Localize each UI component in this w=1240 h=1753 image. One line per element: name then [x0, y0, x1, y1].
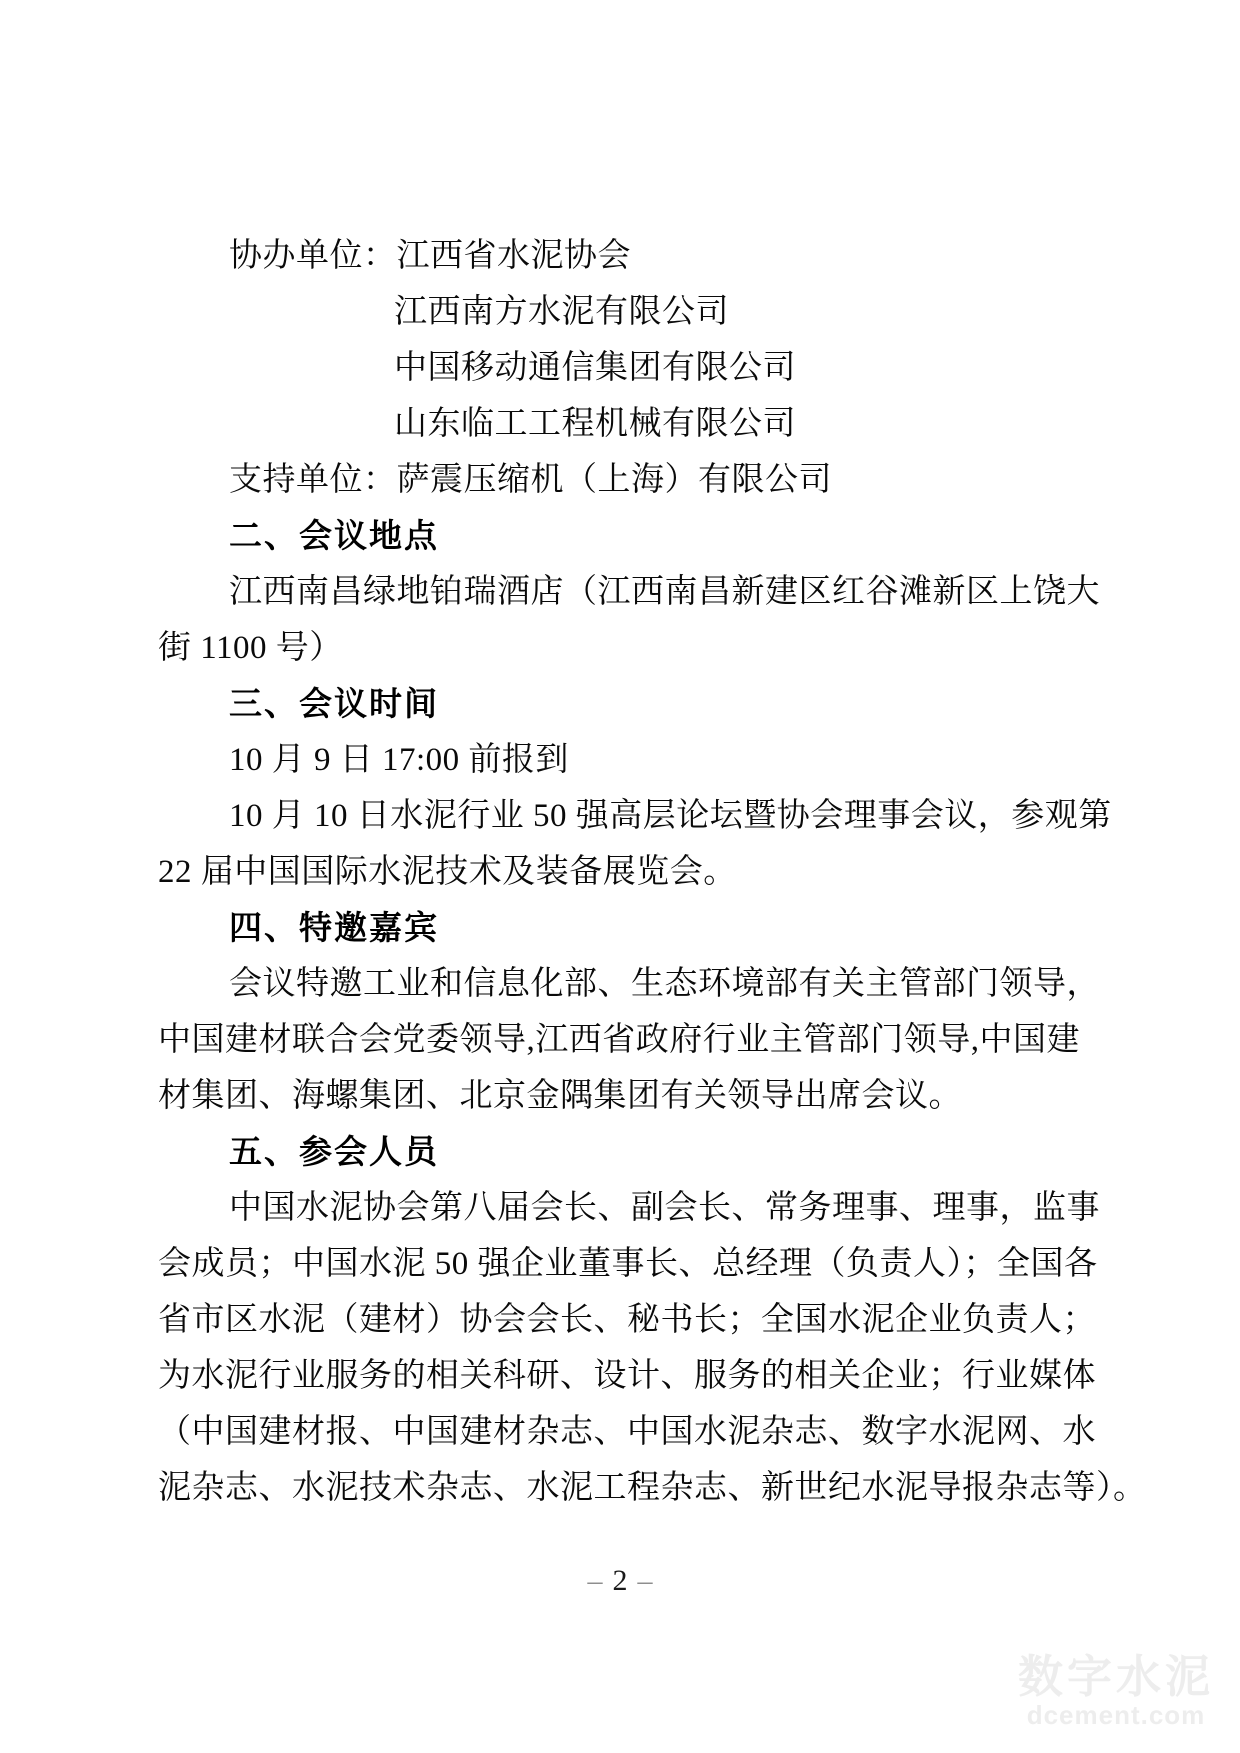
time-line: 10 月 9 日 17:00 前报到	[158, 732, 1090, 788]
guests-line: 材集团、海螺集团、北京金隅集团有关领导出席会议。	[158, 1068, 1090, 1124]
co-organizer-label-line: 协办单位：江西省水泥协会	[158, 228, 1090, 284]
participants-line: 会成员；中国水泥 50 强企业董事长、总经理（负责人）；全国各	[158, 1236, 1090, 1292]
venue-line: 江西南昌绿地铂瑞酒店（江西南昌新建区红谷滩新区上饶大	[158, 564, 1090, 620]
watermark-title: 数字水泥	[1018, 1653, 1214, 1701]
document-body: 协办单位：江西省水泥协会 江西南方水泥有限公司 中国移动通信集团有限公司 山东临…	[158, 228, 1090, 1516]
participants-line: 省市区水泥（建材）协会会长、秘书长；全国水泥企业负责人；	[158, 1292, 1090, 1348]
watermark: 数字水泥 dcement.com	[1018, 1653, 1214, 1729]
co-organizer-item: 山东临工工程机械有限公司	[158, 396, 1090, 452]
venue-line: 街 1100 号）	[158, 620, 1090, 676]
section-heading-participants: 五、参会人员	[158, 1124, 1090, 1180]
participants-line: 泥杂志、水泥技术杂志、水泥工程杂志、新世纪水泥导报杂志等）。	[158, 1460, 1090, 1516]
participants-line: 为水泥行业服务的相关科研、设计、服务的相关企业；行业媒体	[158, 1348, 1090, 1404]
document-page: 协办单位：江西省水泥协会 江西南方水泥有限公司 中国移动通信集团有限公司 山东临…	[0, 0, 1240, 1753]
participants-line: （中国建材报、中国建材杂志、中国水泥杂志、数字水泥网、水	[158, 1404, 1090, 1460]
watermark-domain: dcement.com	[1018, 1701, 1214, 1729]
co-organizer-item: 中国移动通信集团有限公司	[158, 340, 1090, 396]
guests-line: 中国建材联合会党委领导,江西省政府行业主管部门领导,中国建	[158, 1012, 1090, 1068]
page-number-value: 2	[613, 1564, 628, 1597]
supporter-line: 支持单位：萨震压缩机（上海）有限公司	[158, 452, 1090, 508]
section-heading-venue: 二、会议地点	[158, 508, 1090, 564]
participants-line: 中国水泥协会第八届会长、副会长、常务理事、理事，监事	[158, 1180, 1090, 1236]
time-line: 10 月 10 日水泥行业 50 强高层论坛暨协会理事会议，参观第	[158, 788, 1090, 844]
time-line: 22 届中国国际水泥技术及装备展览会。	[158, 844, 1090, 900]
co-organizer-item: 江西南方水泥有限公司	[158, 284, 1090, 340]
page-number: –2–	[0, 1563, 1240, 1599]
page-number-dash: –	[578, 1564, 613, 1597]
page-number-dash: –	[628, 1564, 663, 1597]
guests-line: 会议特邀工业和信息化部、生态环境部有关主管部门领导，	[158, 956, 1090, 1012]
section-heading-guests: 四、特邀嘉宾	[158, 900, 1090, 956]
section-heading-time: 三、会议时间	[158, 676, 1090, 732]
